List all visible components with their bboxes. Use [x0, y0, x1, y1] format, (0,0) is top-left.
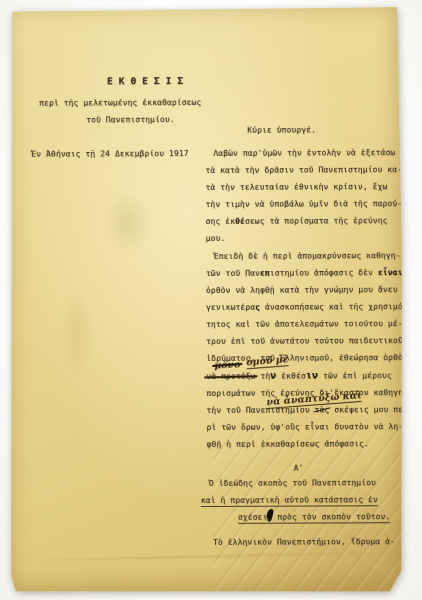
typed-text: μου.	[206, 234, 226, 243]
report-title: ΕΚΘΕΣΙΣ	[107, 76, 189, 87]
typed-line: σης ἐκθέσεως τὰ πορίσματα τῆς ἐρεύνης	[206, 215, 388, 227]
typed-text: Λαβὼν παρ'ὑμῶν τὴν ἐντολὴν νὰ ἐξετάσω	[213, 148, 395, 158]
typed-line: τητος καὶ τῶν ἀποτελεσμάτων τοιούτου μέ-	[206, 318, 403, 330]
typed-text: Ὁ ἰδεώδης σκοπὸς τοῦ Πανεπιστημίου	[209, 478, 376, 488]
typed-text: τητος καὶ τῶν ἀποτελεσμάτων τοιούτου μέ-	[206, 319, 403, 329]
typed-line: μου.	[206, 233, 226, 244]
typed-line: γενικωτέρας ἀνασκοπήσεως καὶ τῆς χρησιμό…	[206, 301, 408, 313]
typed-text: σης ἐκ	[206, 217, 236, 226]
typed-text: Τὸ ἑλληνικὸν Πανεπιστήμιον, ἵδρυμα ἀ-	[213, 537, 395, 547]
typed-line: Τὸ ἑλληνικὸν Πανεπιστήμιον, ἵδρυμα ἀ-	[213, 536, 395, 548]
typed-text: τὰ τὴν τελευταίαν ἐθνικὴν κρίσιν, ἔχω	[205, 182, 387, 192]
typed-text: τὰ κατὰ τὴν δρᾶσιν τοῦ Πανεπιστημίου κα-	[205, 165, 402, 175]
typed-line: τρου ἐπὶ τοῦ ἀνωτάτου τούτου παιδευτικοῦ	[206, 335, 403, 347]
typed-line: τὰ τὴν τελευταίαν ἐθνικὴν κρίσιν, ἔχω	[205, 181, 387, 193]
report-subtitle-line: τοῦ Πανεπιστημίου.	[86, 114, 175, 125]
paper-stain	[105, 193, 151, 253]
typed-line: νὰ προτάξω τὴν ἐκθέσιν τῶν ἐπὶ μέρους	[206, 370, 392, 382]
typed-text: καὶ ἡ πραγματικὴ αὐτοῦ κατάστασις ἐν	[201, 495, 378, 505]
handwritten-annotation: μόνο	[214, 359, 241, 371]
typed-text: ἐκθέσ	[276, 372, 306, 381]
document-photo: ΕΚΘΕΣΙΣ περὶ τῆς μελετωμένης ἐκκαθαρίσεω…	[9, 7, 404, 593]
typed-text: σκέψεις μου πε-	[329, 405, 408, 414]
typed-text: ιν	[306, 371, 318, 382]
handwritten-annotation: ὁμοῦ μὲ	[246, 354, 289, 369]
typed-line: σχέσει πρὸς τὸν σκοπὸν τοῦτον.	[238, 511, 390, 523]
typed-text: τὴν τιμὴν νὰ ὑποβάλω ὑμῖν διὰ τῆς παρού-	[206, 199, 403, 209]
typed-text: τῶν ἐπὶ μέρους	[318, 371, 392, 380]
typed-text: Α'	[294, 464, 304, 473]
dateline: Ἐν Ἀθήναις τῇ 24 Δεκεμβρίου 1917	[31, 148, 188, 160]
typed-text: επ	[260, 269, 270, 278]
typed-line: Λαβὼν παρ'ὑμῶν τὴν ἐντολὴν νὰ ἐξετάσω	[213, 147, 395, 159]
body-lines-layer: Λαβὼν παρ'ὑμῶν τὴν ἐντολὴν νὰ ἐξετάσωτὰ …	[9, 7, 401, 9]
paper-stain	[62, 288, 92, 378]
typed-line: φθῇ ἡ περὶ ἐκκαθαρίσεως ἀπόφασις.	[207, 438, 369, 450]
typed-line: καὶ ἡ πραγματικὴ αὐτοῦ κατάστασις ἐν	[201, 494, 378, 506]
typed-text: γενικωτέρα	[206, 303, 255, 312]
typed-line: Ἐπειδὴ δὲ ἡ περὶ ἀπομακρύνσεως καθηγη-	[214, 250, 401, 262]
typed-text: σεως τὰ πορίσματα τῆς ἐρεύνης	[245, 216, 388, 226]
struck-text: τὰς	[315, 405, 330, 414]
typed-text: εἶναι	[378, 268, 403, 277]
typed-text: ἀνασκοπήσεως καὶ τῆς χρησιμό-	[260, 302, 408, 312]
typed-line: ρὶ τῶν ὅρων, ὑφ'οὓς εἶναι δυνατὸν νὰ λη-	[207, 421, 404, 433]
typed-text: ρὶ τῶν ὅρων, ὑφ'οὓς εἶναι δυνατὸν νὰ λη-	[207, 422, 404, 432]
typed-text: τῶν τοῦ Παν	[206, 269, 260, 278]
typed-line: Α'	[294, 463, 304, 474]
report-subtitle-line: περὶ τῆς μελετωμένης ἐκκαθαρίσεως	[39, 97, 201, 109]
typed-line: τὴν τιμὴν νὰ ὑποβάλω ὑμῖν διὰ τῆς παρού-	[206, 198, 403, 210]
typed-text: θέ	[235, 217, 245, 226]
typed-text: τὴ	[255, 372, 270, 381]
typed-line: Ὁ ἰδεώδης σκοπὸς τοῦ Πανεπιστημίου	[209, 477, 376, 489]
typed-text: φθῇ ἡ περὶ ἐκκαθαρίσεως ἀπόφασις.	[207, 439, 369, 449]
typed-text: σχέσει πρὸς τὸν σκοπὸν τοῦτον.	[238, 512, 390, 522]
typed-line: τῶν τοῦ Πανεπιστημίου ἀπόφασις δὲν εἶναι	[206, 267, 403, 279]
typed-text: Ἐπειδὴ δὲ ἡ περὶ ἀπομακρύνσεως καθηγη-	[214, 251, 401, 261]
typed-text: ιστημίου ἀπόφασις δὲν	[270, 268, 378, 277]
document-page: ΕΚΘΕΣΙΣ περὶ τῆς μελετωμένης ἐκκαθαρίσεω…	[9, 7, 404, 593]
annotations-layer: μόνοὁμοῦ μὲνὰ ἀναπτύξω καὶ	[9, 7, 401, 9]
typed-text: τὴν τοῦ Πανεπιστημίου	[206, 406, 314, 415]
struck-text: νὰ προτάξω	[206, 372, 255, 381]
typed-line: ὀρθὸν νὰ ληφθῇ κατὰ τὴν γνώμην μου ἄνευ	[206, 284, 398, 296]
typed-text: τρου ἐπὶ τοῦ ἀνωτάτου τούτου παιδευτικοῦ	[206, 336, 403, 346]
typed-line: τὰ κατὰ τὴν δρᾶσιν τοῦ Πανεπιστημίου κα-	[205, 164, 402, 176]
salutation: Κύριε ὑπουργέ.	[247, 125, 316, 136]
typed-text: ὀρθὸν νὰ ληφθῇ κατὰ τὴν γνώμην μου ἄνευ	[206, 285, 398, 295]
